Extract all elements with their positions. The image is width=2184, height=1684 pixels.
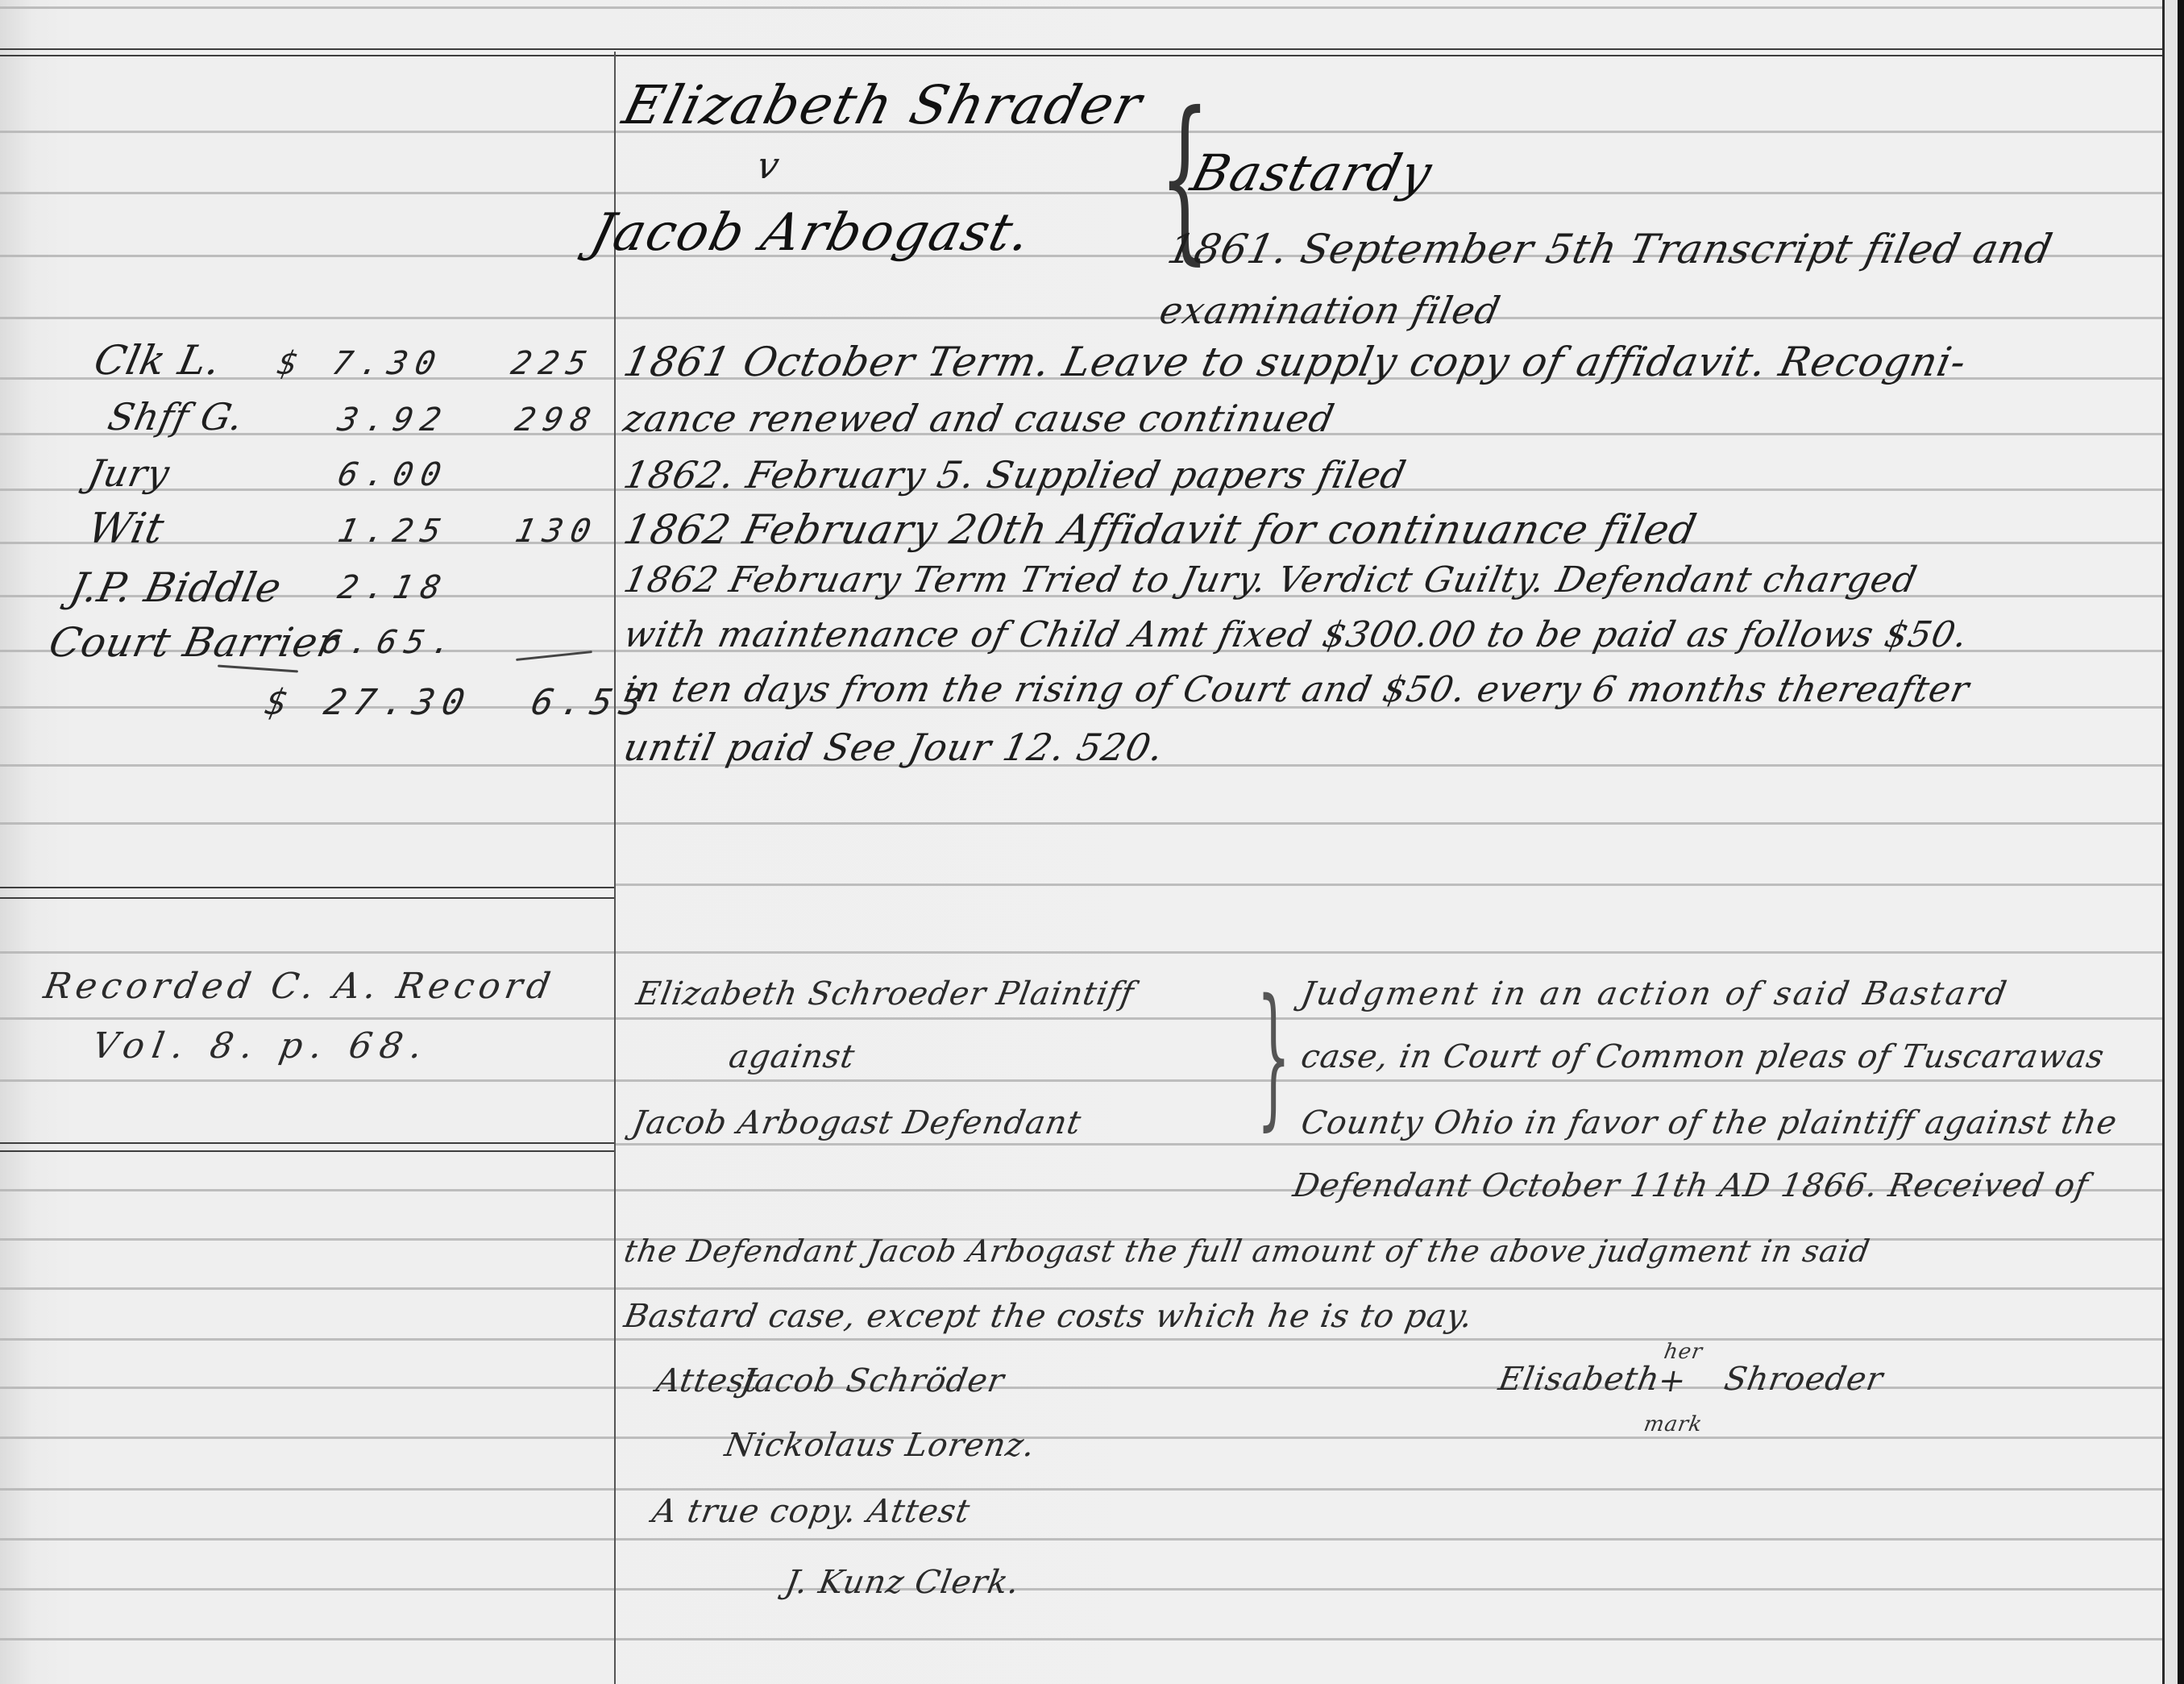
witness-signature: Nickolaus Lorenz.	[722, 1427, 1038, 1464]
top-double-rule	[0, 55, 2162, 56]
section-double-rule	[0, 887, 614, 888]
judgment-plaintiff: Elizabeth Schroeder Plaintiff	[633, 975, 1137, 1012]
ruling-line	[0, 951, 2162, 954]
ruling-line	[0, 1488, 2162, 1491]
cost-label: Wit	[84, 505, 169, 553]
judgment-defendant: Jacob Arbogast Defendant	[629, 1104, 1085, 1141]
cost-label: Court Barrier	[45, 619, 343, 666]
docket-entry: with maintenance of Child Amt fixed $300…	[621, 614, 1972, 655]
docket-entry: 1862 February Term Tried to Jury. Verdic…	[621, 559, 1921, 601]
cost-amount: 2.18	[334, 569, 452, 606]
signer-mark-label-top: her	[1662, 1340, 1704, 1364]
cost-total-paid: 6.53	[528, 682, 654, 723]
judgment-text: Judgment in an action of said Bastard	[1298, 975, 2012, 1012]
ruling-line	[0, 1338, 2162, 1341]
cost-label: Clk L.	[90, 337, 226, 384]
ruling-line	[0, 1638, 2162, 1640]
cost-amount: 1.25	[334, 513, 452, 550]
ruling-line	[0, 317, 2162, 319]
ruling-line	[0, 1538, 2162, 1541]
judgment-text: County Ohio in favor of the plaintiff ag…	[1298, 1104, 2120, 1141]
docket-entry: zance renewed and cause continued	[620, 397, 1339, 440]
cost-label: J.P. Biddle	[66, 564, 286, 611]
signer-first-name: Elisabeth	[1496, 1361, 1663, 1398]
true-copy-attest: A true copy. Attest	[650, 1493, 973, 1530]
margin-column-divider	[614, 52, 616, 1684]
witness-signature: Jacob Schröder	[738, 1362, 1007, 1399]
ledger-page: Elizabeth Shrader v Jacob Arbogast. { Ba…	[0, 0, 2184, 1684]
cost-total: $ 27.30	[262, 682, 476, 723]
recorded-note-line2: Vol. 8. p. 68.	[89, 1025, 434, 1067]
docket-entry: until paid See Jour 12. 520.	[620, 726, 1168, 769]
cost-label: Jury	[84, 451, 174, 495]
case-defendant-name: Jacob Arbogast.	[585, 203, 1038, 263]
cost-amount: 6.00	[334, 456, 452, 493]
section-double-rule	[0, 1142, 614, 1144]
ruling-line	[0, 1588, 2162, 1590]
docket-entry: 1861. September 5th Transcript filed and	[1164, 226, 2057, 272]
cost-amount: 6.65.	[318, 624, 463, 661]
section-double-rule	[0, 897, 614, 899]
signer-mark-label-bottom: mark	[1642, 1412, 1704, 1437]
scan-edge	[2178, 0, 2184, 1684]
judgment-against: against	[726, 1038, 858, 1075]
judgment-text: the Defendant Jacob Arbogast the full am…	[621, 1233, 1873, 1269]
top-double-rule	[0, 48, 2162, 50]
docket-entry: in ten days from the rising of Court and…	[621, 669, 1974, 710]
case-versus: v	[753, 143, 783, 187]
subtotal-underline	[218, 665, 298, 673]
docket-entry: examination filed	[1156, 289, 1505, 332]
case-type: Bastardy	[1185, 143, 1439, 202]
judgment-text: Defendant October 11th AD 1866. Received…	[1290, 1167, 2091, 1204]
judgment-text: case, in Court of Common pleas of Tuscar…	[1298, 1038, 2107, 1075]
cost-label: Shff G.	[104, 395, 247, 439]
cost-amount: 3.92	[334, 401, 452, 439]
docket-entry: 1861 October Term. Leave to supply copy …	[620, 339, 1971, 385]
signer-last-name: Shroeder	[1721, 1361, 1887, 1398]
page-edge	[2165, 0, 2178, 1684]
ruling-line	[0, 192, 2162, 194]
section-double-rule	[0, 1150, 614, 1152]
ruling-line	[614, 1143, 2162, 1146]
ruling-line	[0, 1017, 2162, 1020]
clerk-signature: J. Kunz Clerk.	[783, 1564, 1023, 1601]
ruling-line	[0, 1079, 2162, 1082]
docket-entry: 1862 February 20th Affidavit for continu…	[620, 506, 1701, 553]
cost-paid: 225	[508, 345, 598, 382]
ruling-line	[0, 6, 2162, 9]
cost-paid: 298	[512, 401, 602, 439]
ruling-line	[614, 884, 2162, 886]
cost-paid: 130	[512, 513, 602, 550]
judgment-brace: }	[1256, 979, 1290, 1133]
docket-entry: 1862. February 5. Supplied papers filed	[620, 453, 1410, 497]
cost-amount: $ 7.30	[274, 345, 446, 382]
judgment-text: Bastard case, except the costs which he …	[621, 1298, 1476, 1335]
recorded-note-line1: Recorded C. A. Record	[41, 966, 558, 1007]
case-plaintiff-name: Elizabeth Shrader	[617, 74, 1149, 136]
ruling-line	[0, 1287, 2162, 1290]
ruling-line	[0, 822, 2162, 825]
ruling-line	[0, 1437, 2162, 1439]
signer-mark: +	[1655, 1362, 1690, 1399]
